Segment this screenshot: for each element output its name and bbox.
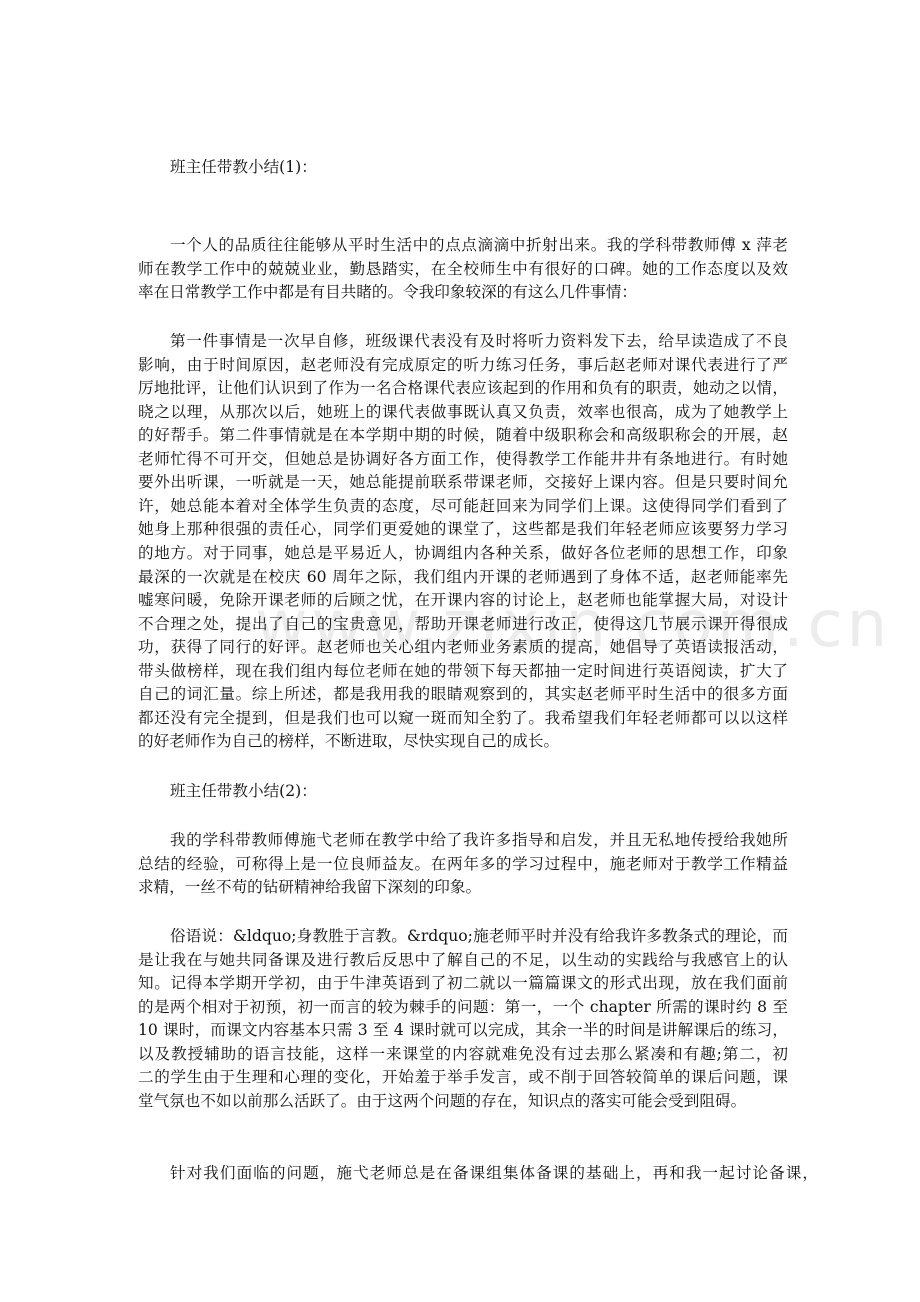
text-line: 都还没有完全提到，但是我们也可以窥一斑而知全豹了。我希望我们年轻老师都可以以这样 bbox=[138, 708, 788, 728]
section-heading-2: 班主任带教小结(2)： bbox=[170, 781, 317, 801]
text-line: 的好老师作为自己的榜样，不断进取，尽快实现自己的成长。 bbox=[138, 731, 788, 751]
text-line: 自己的词汇量。综上所述，都是我用我的眼睛观察到的，其实赵老师平时生活中的很多方面 bbox=[138, 684, 788, 704]
text-line: 的地方。对于同事，她总是平易近人，协调组内各种关系，做好各位老师的思想工作，印象 bbox=[138, 543, 788, 563]
text-line: 厉地批评，让他们认识到了作为一名合格课代表应该起到的作用和负有的职责，她动之以情… bbox=[138, 378, 788, 398]
text-line: 影响，由于时间原因，赵老师没有完成原定的听力练习任务，事后赵老师对课代表进行了严 bbox=[138, 355, 788, 375]
text-line: 率在日常教学工作中都是有目共睹的。令我印象较深的有这么几件事情： bbox=[138, 282, 788, 302]
text-line: 要外出听课，一听就是一天，她总能提前联系带课老师，交接好上课内容。但是只要时间允 bbox=[138, 472, 788, 492]
text-line: 求精，一丝不苟的钻研精神给我留下深刻的印象。 bbox=[138, 877, 788, 897]
text-line: 功，获得了同行的好评。赵老师也关心组内老师业务素质的提高，她倡导了英语读报活动， bbox=[138, 637, 788, 657]
text-line: 的好帮手。第二件事情就是在本学期中期的时候，随着中级职称会和高级职称会的开展，赵 bbox=[138, 425, 788, 445]
text-line: 第一件事情是一次早自修，班级课代表没有及时将听力资料发下去，给早读造成了不良 bbox=[170, 331, 788, 351]
section-heading-1: 班主任带教小结(1)： bbox=[170, 157, 317, 177]
text-line: 的是两个相对于初预，初一而言的较为棘手的问题：第一，一个 chapter 所需的… bbox=[138, 997, 788, 1017]
text-line: 带头做榜样，现在我们组内每位老师在她的带领下每天都抽一定时间进行英语阅读，扩大了 bbox=[138, 661, 788, 681]
text-line: 10 课时，而课文内容基本只需 3 至 4 课时就可以完成，其余一半的时间是讲解… bbox=[138, 1020, 788, 1040]
text-line: 最深的一次就是在校庆 60 周年之际，我们组内开课的老师遇到了身体不适，赵老师能… bbox=[138, 567, 788, 587]
text-line: 我的学科带教师傅施弋老师在教学中给了我许多指导和启发，并且无私地传授给我她所 bbox=[170, 830, 788, 850]
text-line: 师在教学工作中的兢兢业业，勤恳踏实，在全校师生中有很好的口碑。她的工作态度以及效 bbox=[138, 259, 788, 279]
text-line: 晓之以理，从那次以后，她班上的课代表做事既认真又负责，效率也很高，成为了她教学上 bbox=[138, 402, 788, 422]
text-line: 嘘寒问暖，免除开课老师的后顾之忧，在开课内容的讨论上，赵老师也能掌握大局，对设计 bbox=[138, 590, 788, 610]
text-line: 以及教授辅助的语言技能，这样一来课堂的内容就难免没有过去那么紧凑和有趣;第二，初 bbox=[138, 1044, 788, 1064]
text-line: 她身上那种很强的责任心，同学们更爱她的课堂了，这些都是我们年轻老师应该要努力学习 bbox=[138, 519, 788, 539]
text-line: 俗语说：&ldquo;身教胜于言教。&rdquo;施老师平时并没有给我许多教条式… bbox=[170, 926, 788, 946]
text-line: 总结的经验，可称得上是一位良师益友。在两年多的学习过程中，施老师对于教学工作精益 bbox=[138, 854, 788, 874]
text-line: 堂气氛也不如以前那么活跃了。由于这两个问题的存在，知识点的落实可能会受到阻碍。 bbox=[138, 1091, 788, 1111]
document-page: www.zixin.com.cn 班主任带教小结(1)： 一个人的品质往往能够从… bbox=[0, 0, 920, 1302]
text-line: 一个人的品质往往能够从平时生活中的点点滴滴中折射出来。我的学科带教师傅 x 萍老 bbox=[170, 235, 788, 255]
text-line: 不合理之处，提出了自己的宝贵意见，帮助开课老师进行改正，使得这几节展示课开得很成 bbox=[138, 614, 788, 634]
text-line: 针对我们面临的问题，施弋老师总是在备课组集体备课的基础上，再和我一起讨论备课， bbox=[170, 1163, 818, 1183]
text-line: 许，她总能本着对全体学生负责的态度，尽可能赶回来为同学们上课。这使得同学们看到了 bbox=[138, 496, 788, 516]
text-line: 是让我在与她共同备课及进行教后反思中了解自己的不足，以生动的实践给与我感官上的认 bbox=[138, 950, 788, 970]
text-line: 老师忙得不可开交，但她总是协调好各方面工作，使得教学工作能井井有条地进行。有时她 bbox=[138, 449, 788, 469]
text-line: 知。记得本学期开学初，由于牛津英语到了初二就以一篇篇课文的形式出现，放在我们面前 bbox=[138, 973, 788, 993]
text-line: 二的学生由于生理和心理的变化，开始羞于举手发言，或不削于回答较简单的课后问题，课 bbox=[138, 1067, 788, 1087]
